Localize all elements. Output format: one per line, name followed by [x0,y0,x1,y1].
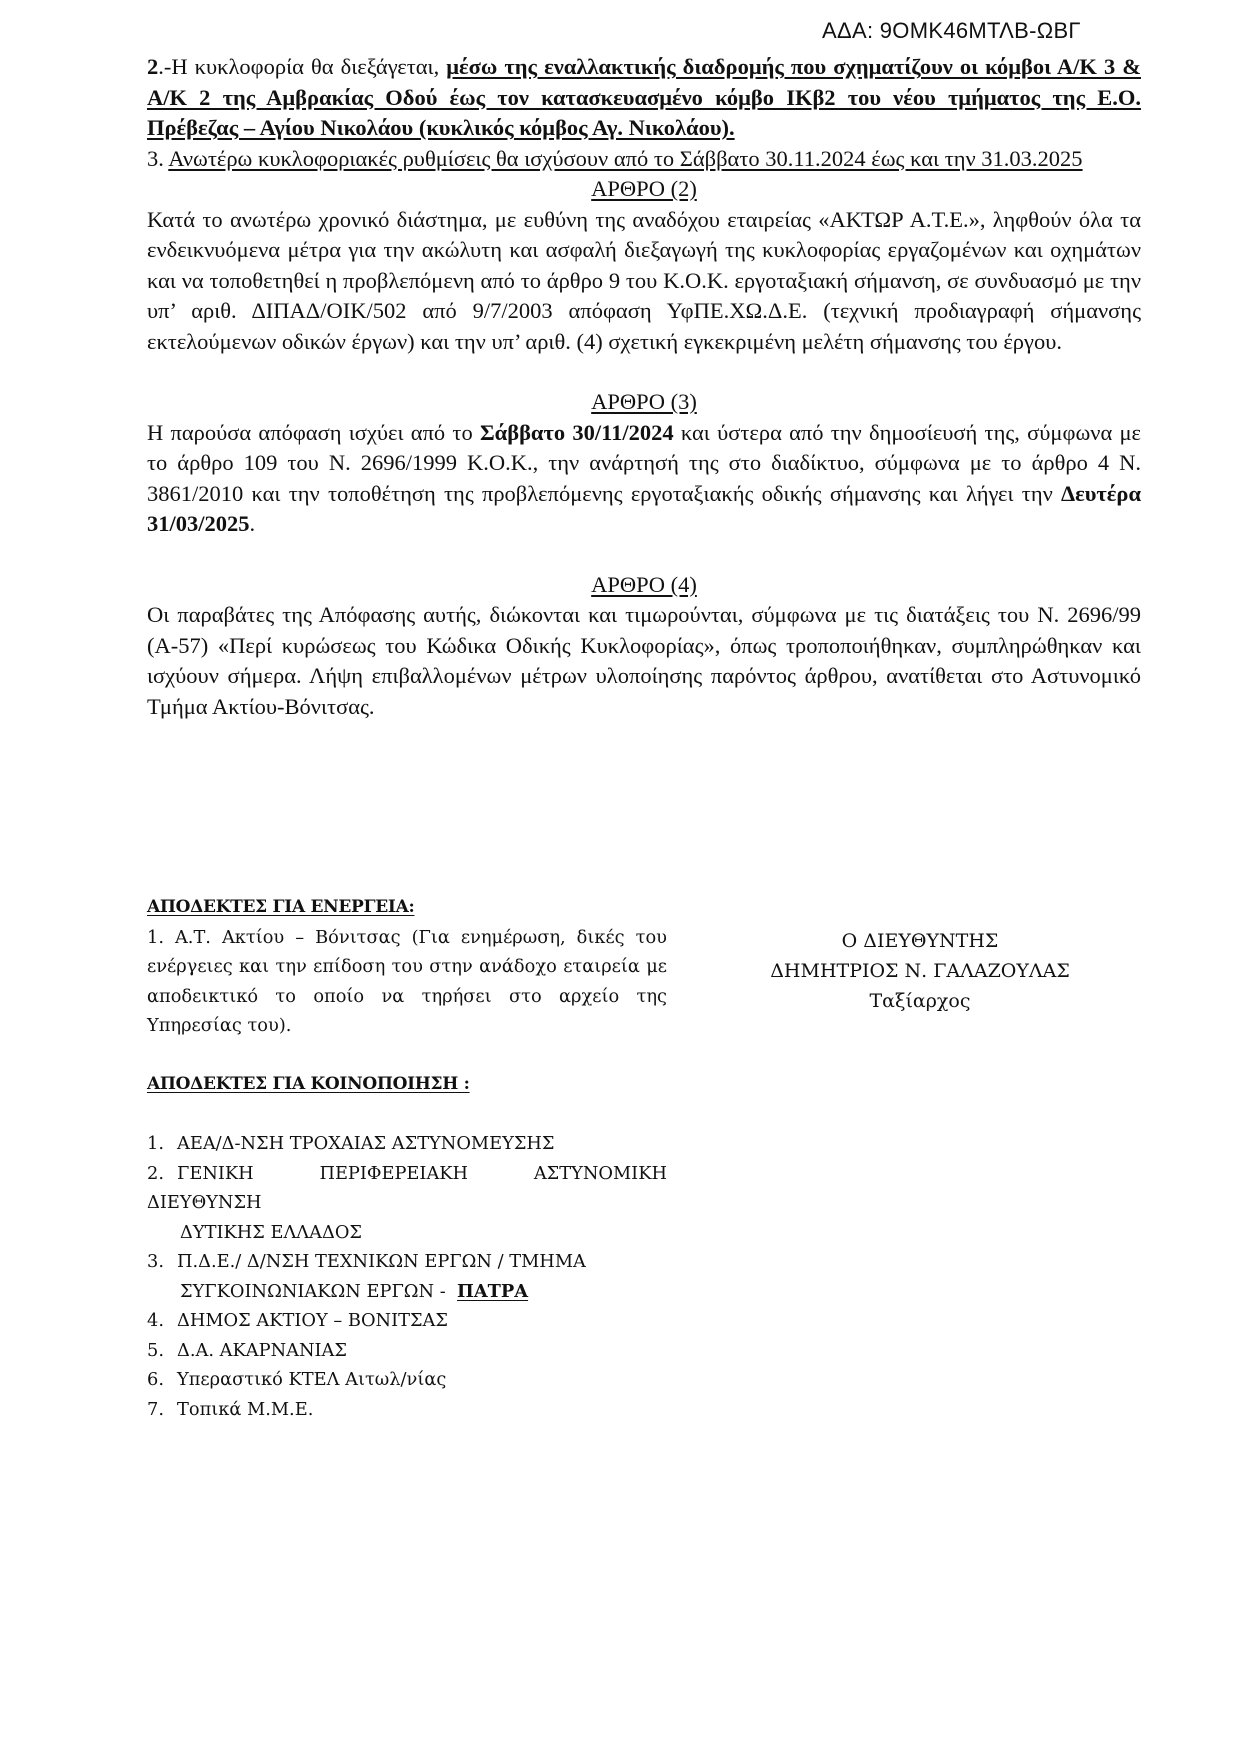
signatory-rank: Ταξίαρχος [700,986,1140,1016]
text-segment: . [250,511,256,536]
list-item: 4. ΔΗΜΟΣ ΑΚΤΙΟΥ – ΒΟΝΙΤΣΑΣ [147,1306,667,1336]
item-text: Τοπικά Μ.Μ.Ε. [177,1395,667,1425]
article-2-text: Κατά το ανωτέρω χρονικό διάστημα, με ευθ… [147,205,1141,358]
recipients-cc: ΑΠΟΔΕΚΤΕΣ ΓΙΑ ΚΟΙΝΟΠΟΙΗΣΗ : 1. ΑΕΑ/Δ-ΝΣΗ… [147,1070,667,1424]
item-text: Π.Δ.Ε./ Δ/ΝΣΗ ΤΕΧΝΙΚΩΝ ΕΡΓΩΝ / ΤΜΗΜΑ [177,1247,667,1277]
text-segment: Η παρούσα απόφαση ισχύει από το [147,420,480,445]
list-item: 5. Δ.Α. ΑΚΑΡΝΑΝΙΑΣ [147,1336,667,1366]
item-text: ΔΥΤΙΚΗΣ ΕΛΛΑΔΟΣ [147,1218,667,1248]
list-item: 3.Π.Δ.Ε./ Δ/ΝΣΗ ΤΕΧΝΙΚΩΝ ΕΡΓΩΝ / ΤΜΗΜΑ Σ… [147,1247,667,1306]
recipients-cc-title: ΑΠΟΔΕΚΤΕΣ ΓΙΑ ΚΟΙΝΟΠΟΙΗΣΗ : [147,1070,667,1100]
article-4-text: Οι παραβάτες της Απόφασης αυτής, διώκοντ… [147,600,1141,722]
ada-identifier: ΑΔΑ: 9ΟΜΚ46ΜΤΛΒ-ΩΒΓ [822,18,1081,44]
recipients-action-title: ΑΠΟΔΕΚΤΕΣ ΓΙΑ ΕΝΕΡΓΕΙΑ: [147,893,667,923]
validity-period: Ανωτέρω κυκλοφοριακές ρυθμίσεις θα ισχύσ… [168,146,1082,171]
article-3-text: Η παρούσα απόφαση ισχύει από το Σάββατο … [147,418,1141,540]
item-text: ΑΕΑ/Δ-ΝΣΗ ΤΡΟΧΑΙΑΣ ΑΣΤΥΝΟΜΕΥΣΗΣ [177,1129,667,1159]
article-3-heading: ΑΡΘΡΟ (3) [147,387,1141,418]
item-text: ΣΥΓΚΟΙΝΩΝΙΑΚΩΝ ΕΡΓΩΝ - [180,1281,457,1302]
item-number: 3. [147,1247,177,1277]
item-text: ΑΣΤΥΝΟΜΙΚΗ [534,1159,667,1189]
paragraph-number: 2 [147,54,158,79]
list-item: 1. ΑΕΑ/Δ-ΝΣΗ ΤΡΟΧΑΙΑΣ ΑΣΤΥΝΟΜΕΥΣΗΣ [147,1129,667,1159]
paragraph-2: 2.-Η κυκλοφορία θα διεξάγεται, μέσω της … [147,52,1141,144]
item-text: ΔΙΕΥΘΥΝΣΗ [147,1188,667,1218]
item-text: ΓΕΝΙΚΗ [177,1159,254,1189]
article-4-heading: ΑΡΘΡΟ (4) [147,570,1141,601]
recipients-action: ΑΠΟΔΕΚΤΕΣ ΓΙΑ ΕΝΕΡΓΕΙΑ: 1. Α.Τ. Ακτίου –… [147,893,667,1041]
list-item: 2.ΓΕΝΙΚΗ ΠΕΡΙΦΕΡΕΙΑΚΗ ΑΣΤΥΝΟΜΙΚΗ ΔΙΕΥΘΥΝ… [147,1159,667,1248]
item-number: 5. [147,1336,177,1366]
signatory-role: Ο ΔΙΕΥΘΥΝΤΗΣ [700,926,1140,956]
item-number: 1. [147,1129,177,1159]
item-text: ΔΗΜΟΣ ΑΚΤΙΟΥ – ΒΟΝΙΤΣΑΣ [177,1306,667,1336]
item-number: 4. [147,1306,177,1336]
document-body: 2.-Η κυκλοφορία θα διεξάγεται, μέσω της … [147,52,1141,722]
paragraph-number: 3. [147,146,168,171]
list-item: 6. Υπεραστικό ΚΤΕΛ Αιτωλ/νίας [147,1365,667,1395]
list-item: 7. Τοπικά Μ.Μ.Ε. [147,1395,667,1425]
item-text: Δ.Α. ΑΚΑΡΝΑΝΙΑΣ [177,1336,667,1366]
article-2-heading: ΑΡΘΡΟ (2) [147,174,1141,205]
item-text: ΠΕΡΙΦΕΡΕΙΑΚΗ [319,1159,468,1189]
signature-block: Ο ΔΙΕΥΘΥΝΤΗΣ ΔΗΜΗΤΡΙΟΣ Ν. ΓΑΛΑΖΟΥΛΑΣ Ταξ… [700,926,1140,1016]
city-name: ΠΑΤΡΑ [457,1281,528,1302]
start-date: Σάββατο 30/11/2024 [480,420,674,445]
item-number: 6. [147,1365,177,1395]
item-number: 7. [147,1395,177,1425]
item-text: Υπεραστικό ΚΤΕΛ Αιτωλ/νίας [177,1365,667,1395]
recipients-action-item: 1. Α.Τ. Ακτίου – Βόνιτσας (Για ενημέρωση… [147,923,667,1041]
signatory-name: ΔΗΜΗΤΡΙΟΣ Ν. ΓΑΛΑΖΟΥΛΑΣ [700,956,1140,986]
paragraph-intro: .-Η κυκλοφορία θα διεξάγεται, [158,54,446,79]
paragraph-3: 3. Ανωτέρω κυκλοφοριακές ρυθμίσεις θα ισ… [147,144,1141,175]
item-number: 2. [147,1159,177,1189]
recipients-cc-list: 1. ΑΕΑ/Δ-ΝΣΗ ΤΡΟΧΑΙΑΣ ΑΣΤΥΝΟΜΕΥΣΗΣ 2.ΓΕΝ… [147,1129,667,1424]
